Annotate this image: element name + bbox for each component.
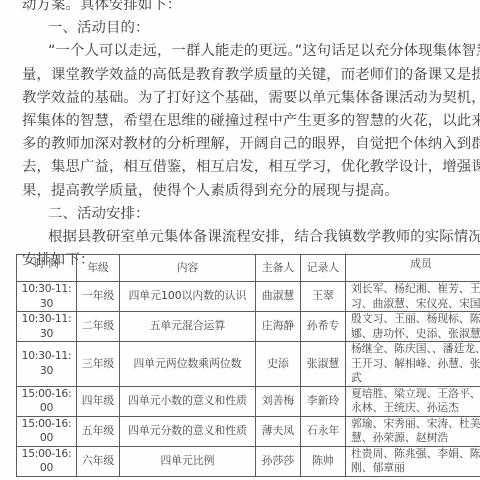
cell-content: 四单元两位数乘两位数 — [120, 342, 256, 387]
cell-time: 15:00-16:00 — [17, 416, 77, 446]
paragraph-line: 动方案。具体安排如下： — [22, 0, 462, 17]
table-row: 15:00-16:00四年级四单元小数的意义和性质刘善梅李新玲夏培胜、梁立现、王… — [17, 386, 480, 416]
cell-time: 10:30-11:30 — [17, 282, 77, 312]
cell-members: 刘长军、杨纪湘、崔芳、王开习、曲淑慧、宋仪亮、宋国庆 — [346, 282, 480, 312]
header-recorder: 记录人 — [301, 255, 346, 282]
document-body: 动方案。具体安排如下：一、活动目的：“一个人可以走远，一群人能走的更远。”这句话… — [22, 0, 462, 272]
cell-recorder: 张淑慧 — [301, 342, 346, 387]
paragraph-line: 教学效益的基础。为了打好这个基础，需要以单元集体备课活动为契机，充分发 — [22, 87, 462, 110]
cell-time: 15:00-16:00 — [17, 386, 77, 416]
paragraph-line: 挥集体的智慧，希望在思维的碰撞过程中产生更多的智慧的火花，以此来帮助更 — [22, 110, 462, 133]
paragraph-line: 果，提高教学质量，使得个人素质得到充分的展现与提高。 — [22, 180, 462, 203]
cell-grade: 四年级 — [77, 386, 120, 416]
cell-lead: 薄夫凤 — [256, 416, 301, 446]
cell-content: 五单元混合运算 — [120, 312, 256, 342]
cell-members: 夏培胜、梁立现、王洛平、付永林、王统庆、孙运杰 — [346, 386, 480, 416]
header-time: 时 间 — [17, 255, 77, 282]
cell-content: 四单元比例 — [120, 446, 256, 476]
cell-lead: 孙莎莎 — [256, 446, 301, 476]
cell-members: 杜贵周、陈兆强、李娟、陈刚、郁章丽 — [346, 446, 480, 476]
cell-time: 10:30-11:30 — [17, 342, 77, 387]
cell-grade: 三年级 — [77, 342, 120, 387]
table-row: 15:00-16:00六年级四单元比例孙莎莎陈帅杜贵周、陈兆强、李娟、陈刚、郁章… — [17, 446, 480, 476]
cell-recorder: 王翠 — [301, 282, 346, 312]
paragraph-line: 去，集思广益，相互借鉴，相互启发，相互学习，优化教学设计，增强课堂效 — [22, 156, 462, 179]
cell-recorder: 李新玲 — [301, 386, 346, 416]
table-row: 10:30-11:30二年级五单元混合运算庄海静孙希专殷文习、王丽、杨现标、陈效… — [17, 312, 480, 342]
cell-members: 殷文习、王丽、杨现标、陈效娜、唐功怀、史添、张淑慧 — [346, 312, 480, 342]
paragraph-line: 一、活动目的： — [22, 17, 462, 40]
paragraph-line: 量，课堂教学效益的高低是教育教学质量的关键，而老师们的备课又是提高课堂 — [22, 64, 462, 87]
table-row: 10:30-11:30三年级四单元两位数乘两位数史添张淑慧杨继全、陈庆国、、潘廷… — [17, 342, 480, 387]
paragraph-line: “一个人可以走远，一群人能走的更远。”这句话足以充分体现集体智慧的力 — [22, 40, 462, 63]
table-header-row: 时 间 年级 内容 主备人 记录人 成员 — [17, 255, 480, 282]
header-grade: 年级 — [77, 255, 120, 282]
paragraph-line: 二、活动安排： — [22, 203, 462, 226]
cell-lead: 庄海静 — [256, 312, 301, 342]
paragraph-line: 根据县教研室单元集体备课流程安排，结合我镇数学教师的实际情况，具体 — [22, 226, 462, 249]
cell-content: 四单元100以内数的认识 — [120, 282, 256, 312]
cell-recorder: 陈帅 — [301, 446, 346, 476]
cell-grade: 五年级 — [77, 416, 120, 446]
cell-time: 15:00-16:00 — [17, 446, 77, 476]
cell-content: 四单元小数的意义和性质 — [120, 386, 256, 416]
header-content: 内容 — [120, 255, 256, 282]
cell-grade: 六年级 — [77, 446, 120, 476]
cell-grade: 一年级 — [77, 282, 120, 312]
cell-grade: 二年级 — [77, 312, 120, 342]
paragraph-line: 多的教师加深对教材的分析理解，开阔自己的眼界，自觉把个体纳入到群体中 — [22, 133, 462, 156]
cell-members: 郭瑜、宋秀丽、宋涛、杜美慧、孙荣源、赵树浩 — [346, 416, 480, 446]
header-members: 成员 — [346, 255, 480, 282]
table-row: 10:30-11:30一年级四单元100以内数的认识曲淑慧王翠刘长军、杨纪湘、崔… — [17, 282, 480, 312]
cell-lead: 史添 — [256, 342, 301, 387]
schedule-table: 时 间 年级 内容 主备人 记录人 成员 10:30-11:30一年级四单元10… — [16, 254, 480, 477]
cell-lead: 曲淑慧 — [256, 282, 301, 312]
table-row: 15:00-16:00五年级四单元分数的意义和性质薄夫凤石永年郭瑜、宋秀丽、宋涛… — [17, 416, 480, 446]
cell-recorder: 孙希专 — [301, 312, 346, 342]
header-lead: 主备人 — [256, 255, 301, 282]
cell-lead: 刘善梅 — [256, 386, 301, 416]
cell-recorder: 石永年 — [301, 416, 346, 446]
cell-time: 10:30-11:30 — [17, 312, 77, 342]
cell-members: 杨继全、陈庆国、、潘廷龙、王开习、解相峰、孙慧、张成武 — [346, 342, 480, 387]
cell-content: 四单元分数的意义和性质 — [120, 416, 256, 446]
